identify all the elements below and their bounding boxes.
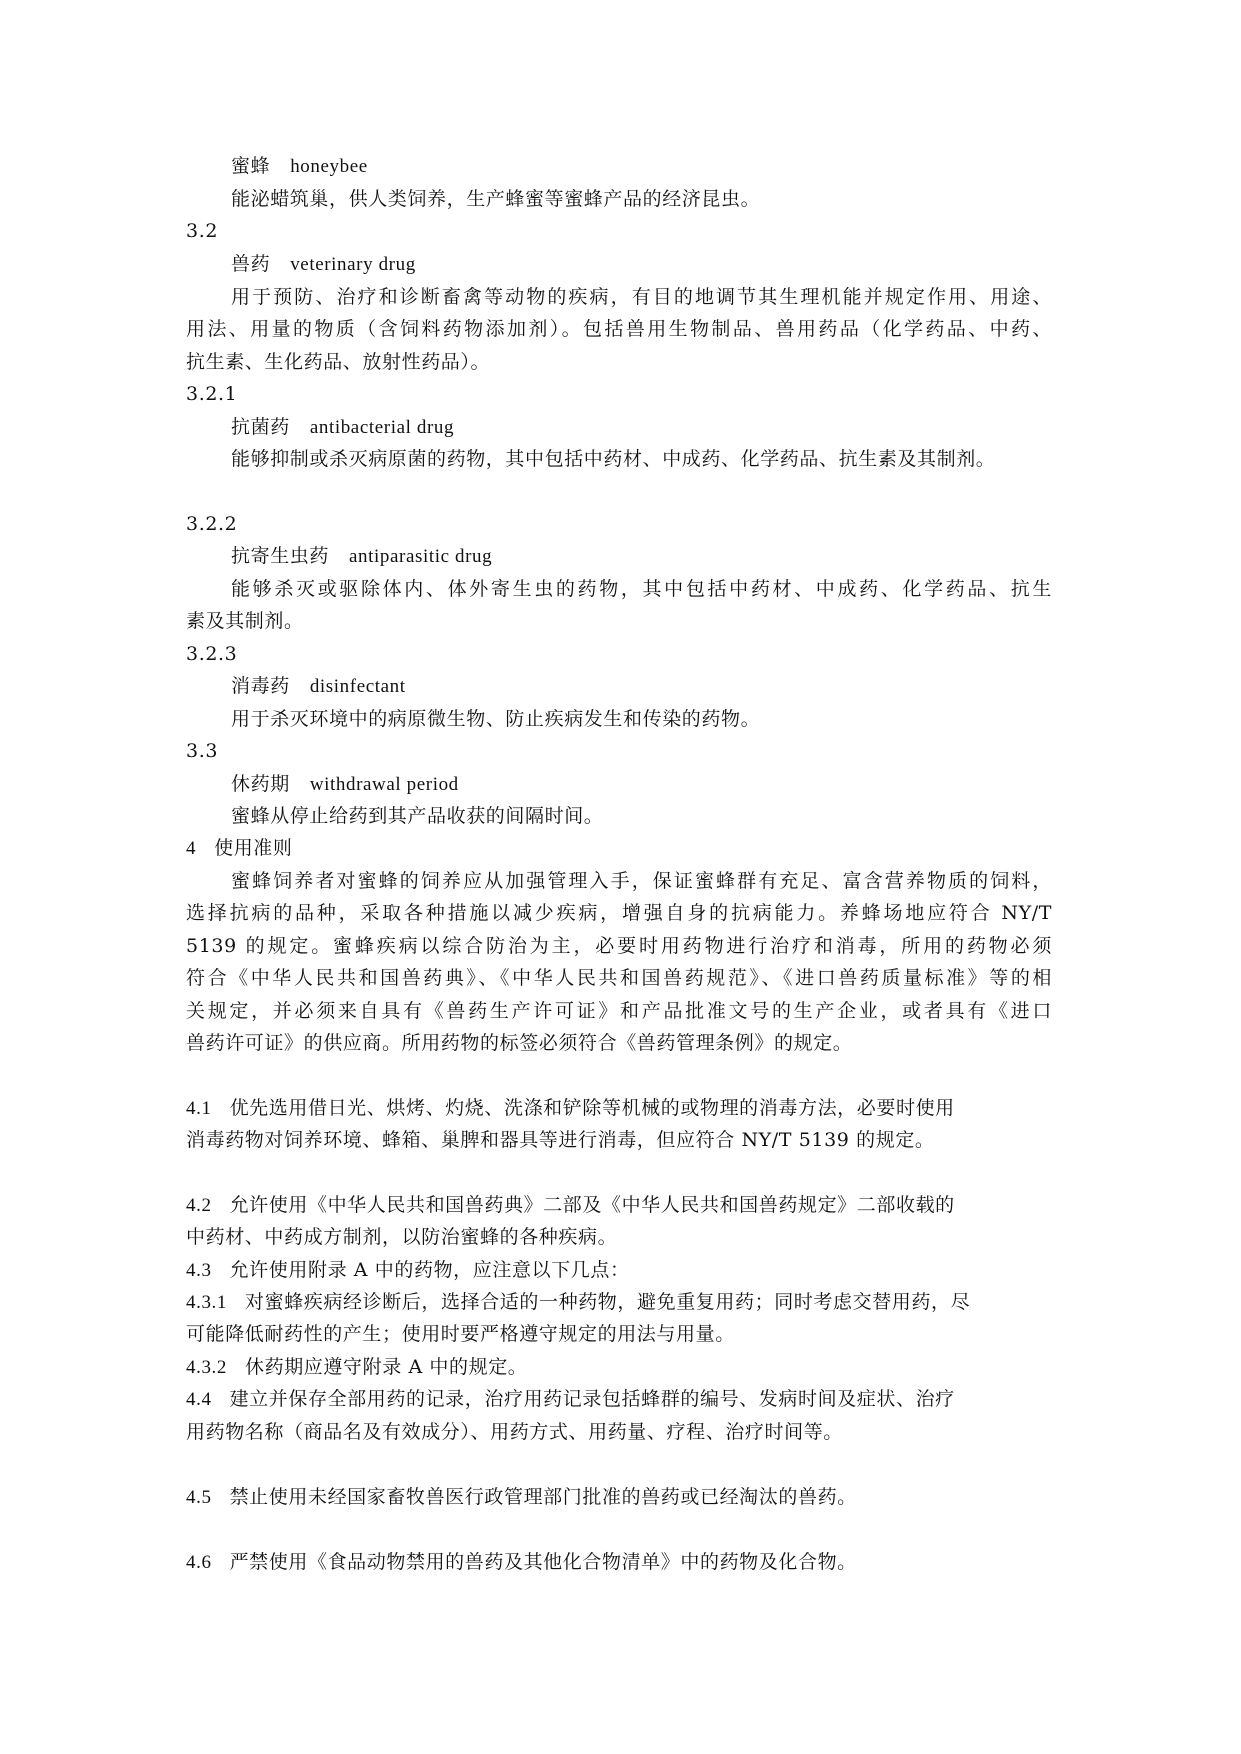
term-en: antiparasitic drug [349,546,492,567]
term-disinfectant: 消毒药disinfectant [231,674,1052,699]
term-en: antibacterial drug [310,417,454,438]
clause-4-5: 4.5禁止使用未经国家畜牧兽医行政管理部门批准的兽药或已经淘汰的兽药。 [186,1485,1052,1510]
paragraph-text: 蜜蜂饲养者对蜜蜂的饲养应从加强管理入手，保证蜜蜂群有充足、富含营养物质的饲料， [231,869,1052,893]
clause-number: 4.6 [186,1552,212,1573]
definition-text: 能泌蜡筑巢，供人类饲养，生产蜂蜜等蜜蜂产品的经济昆虫。 [231,187,1052,211]
clause-4-6: 4.6严禁使用《食品动物禁用的兽药及其他化合物清单》中的药物及化合物。 [186,1550,1052,1575]
term-zh: 休药期 [231,773,290,795]
paragraph-text: 选择抗病的品种，采取各种措施以减少疾病，增强自身的抗病能力。养蜂场地应符合 NY… [186,901,1052,925]
term-zh: 兽药 [231,253,270,275]
clause-number: 4.3.1 [186,1292,227,1313]
clause-number: 4.5 [186,1487,212,1508]
section-number: 3.2.1 [186,382,1052,406]
section-number: 3.3 [186,739,1052,763]
paragraph-text: 符合《中华人民共和国兽药典》、《中华人民共和国兽药规范》、《进口兽药质量标准》等… [186,966,1052,990]
section-number: 3.2 [186,219,1052,243]
paragraph-text: 5139 的规定。蜜蜂疾病以综合防治为主，必要时用药物进行治疗和消毒，所用的药物… [186,934,1052,958]
term-veterinary-drug: 兽药veterinary drug [231,252,1052,277]
clause-4-2: 4.2允许使用《中华人民共和国兽药典》二部及《中华人民共和国兽药规定》二部收载的 [186,1193,1052,1218]
paragraph-text: 兽药许可证》的供应商。所用药物的标签必须符合《兽药管理条例》的规定。 [186,1031,1052,1055]
section-title: 使用准则 [214,837,292,859]
section-number: 4 [186,838,196,859]
section-number: 3.2.2 [186,512,1052,536]
definition-text: 抗生素、生化药品、放射性药品）。 [186,350,1052,374]
definition-text: 用法、用量的物质（含饲料药物添加剂）。包括兽用生物制品、兽用药品（化学药品、中药… [186,317,1052,341]
clause-text: 建立并保存全部用药的记录，治疗用药记录包括蜂群的编号、发病时间及症状、治疗 [230,1388,955,1410]
term-zh: 抗菌药 [231,416,290,438]
paragraph-text: 可能降低耐药性的产生；使用时要严格遵守规定的用法与用量。 [186,1322,1052,1346]
clause-text: 禁止使用未经国家畜牧兽医行政管理部门批准的兽药或已经淘汰的兽药。 [230,1486,857,1508]
clause-number: 4.3 [186,1260,212,1281]
clause-4-3-1: 4.3.1对蜜蜂疾病经诊断后，选择合适的一种药物，避免重复用药；同时考虑交替用药… [186,1290,1052,1315]
term-zh: 蜜蜂 [231,155,270,177]
clause-text: 允许使用附录 A 中的药物，应注意以下几点： [230,1259,630,1281]
term-en: withdrawal period [310,774,459,795]
clause-text: 休药期应遵守附录 A 中的规定。 [245,1356,527,1378]
term-en: disinfectant [310,676,406,697]
clause-4-3: 4.3允许使用附录 A 中的药物，应注意以下几点： [186,1258,1052,1283]
clause-number: 4.4 [186,1389,212,1410]
clause-4-4: 4.4建立并保存全部用药的记录，治疗用药记录包括蜂群的编号、发病时间及症状、治疗 [186,1387,1052,1412]
definition-text: 能够杀灭或驱除体内、体外寄生虫的药物，其中包括中药材、中成药、化学药品、抗生 [231,577,1052,601]
clause-4-1: 4.1优先选用借日光、烘烤、灼烧、洗涤和铲除等机械的或物理的消毒方法，必要时使用 [186,1096,1052,1121]
paragraph-text: 消毒药物对饲养环境、蜂箱、巢脾和器具等进行消毒，但应符合 NY/T 5139 的… [186,1128,1052,1152]
clause-text: 优先选用借日光、烘烤、灼烧、洗涤和铲除等机械的或物理的消毒方法，必要时使用 [230,1097,955,1119]
term-honeybee: 蜜蜂honeybee [231,154,1052,179]
definition-text: 能够抑制或杀灭病原菌的药物，其中包括中药材、中成药、化学药品、抗生素及其制剂。 [231,447,1052,471]
term-en: honeybee [290,156,368,177]
term-antiparasitic-drug: 抗寄生虫药antiparasitic drug [231,544,1052,569]
clause-4-3-2: 4.3.2休药期应遵守附录 A 中的规定。 [186,1355,1052,1380]
clause-number: 4.1 [186,1098,212,1119]
definition-text: 蜜蜂从停止给药到其产品收获的间隔时间。 [231,804,1052,828]
document-page: 蜜蜂honeybee 能泌蜡筑巢，供人类饲养，生产蜂蜜等蜜蜂产品的经济昆虫。 3… [0,0,1241,1754]
paragraph-text: 中药材、中药成方制剂，以防治蜜蜂的各种疾病。 [186,1225,1052,1249]
paragraph-text: 关规定，并必须来自具有《兽药生产许可证》和产品批准文号的生产企业，或者具有《进口 [186,999,1052,1023]
definition-text: 用于杀灭环境中的病原微生物、防止疾病发生和传染的药物。 [231,707,1052,731]
definition-text: 素及其制剂。 [186,609,1052,633]
section-number: 3.2.3 [186,642,1052,666]
clause-text: 允许使用《中华人民共和国兽药典》二部及《中华人民共和国兽药规定》二部收载的 [230,1194,955,1216]
paragraph-text: 用药物名称（商品名及有效成分）、用药方式、用药量、疗程、治疗时间等。 [186,1420,1052,1444]
clause-number: 4.2 [186,1195,212,1216]
term-zh: 消毒药 [231,675,290,697]
clause-text: 对蜜蜂疾病经诊断后，选择合适的一种药物，避免重复用药；同时考虑交替用药，尽 [245,1291,970,1313]
term-withdrawal-period: 休药期withdrawal period [231,772,1052,797]
term-en: veterinary drug [290,254,416,275]
section-heading: 4使用准则 [186,836,1052,861]
term-antibacterial-drug: 抗菌药antibacterial drug [231,415,1052,440]
clause-text: 严禁使用《食品动物禁用的兽药及其他化合物清单》中的药物及化合物。 [230,1551,857,1573]
definition-text: 用于预防、治疗和诊断畜禽等动物的疾病，有目的地调节其生理机能并规定作用、用途、 [231,285,1052,309]
term-zh: 抗寄生虫药 [231,545,329,567]
clause-number: 4.3.2 [186,1357,227,1378]
